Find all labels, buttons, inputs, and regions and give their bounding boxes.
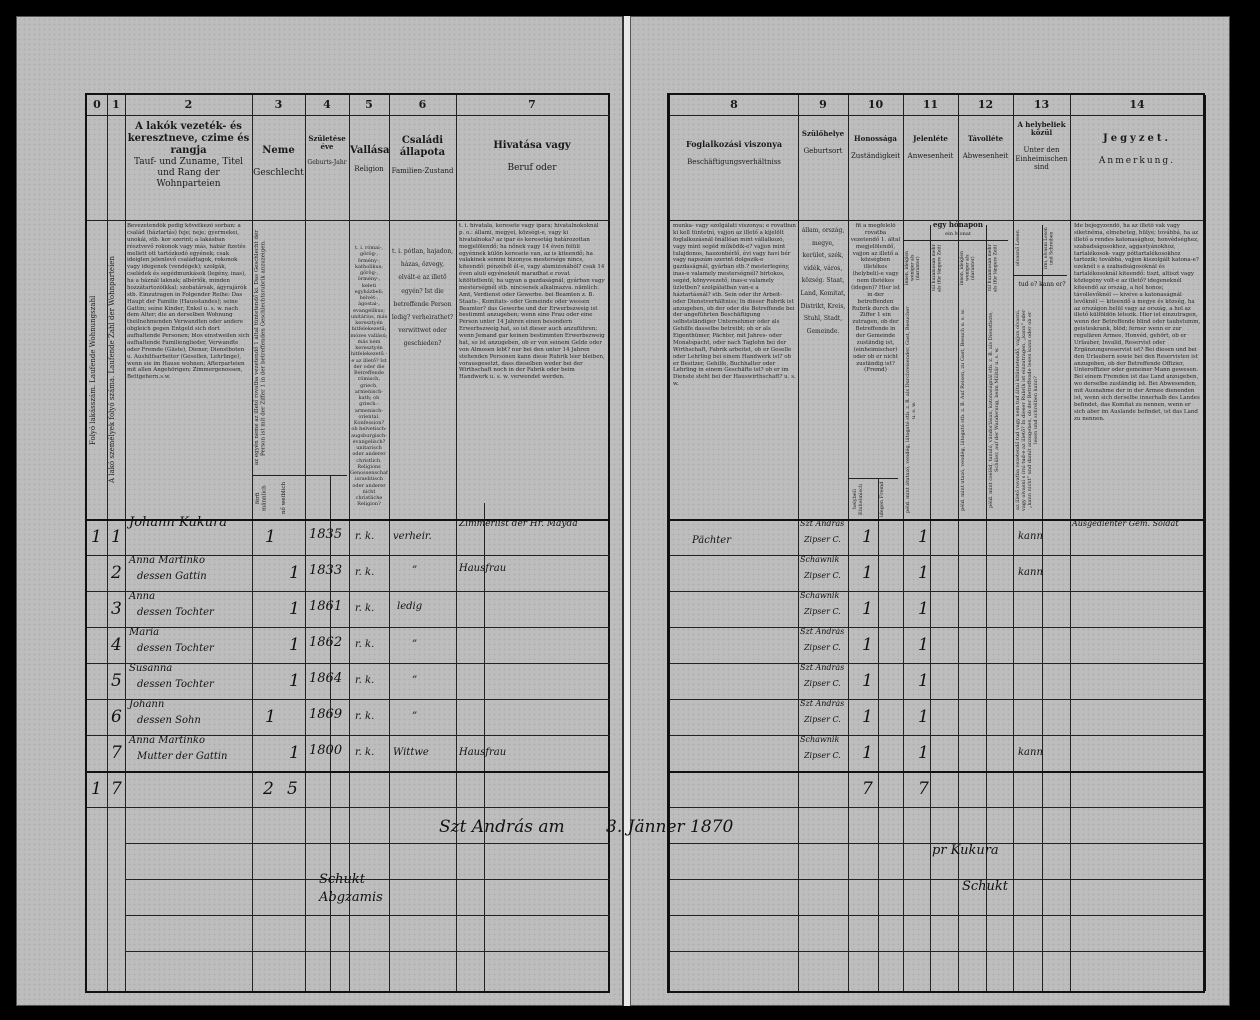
col-number: 12 bbox=[958, 98, 1013, 111]
signature-line2: Schukt bbox=[962, 879, 1008, 894]
header-col4: Születése éve Geburts-Jahr bbox=[306, 135, 348, 166]
resident-name: Johann bbox=[129, 699, 164, 710]
col-number: 11 bbox=[903, 98, 958, 111]
col-number: 5 bbox=[349, 98, 389, 111]
header-col14: Jegyzet. Anmerkung. bbox=[1071, 133, 1203, 167]
birthplace: Szt András bbox=[800, 663, 844, 672]
census-form-left: 0 1 2 3 4 5 6 7 Folyó lakásszám. Laufend… bbox=[85, 93, 610, 993]
header-col12: Távolléte Abwesenheit bbox=[959, 135, 1012, 160]
col10-local-label: helybeli Einheimisch bbox=[852, 481, 876, 517]
instructions-col5: t. i. római-, görög-, örmény-, katholiku… bbox=[350, 245, 388, 515]
col-number: 2 bbox=[125, 98, 252, 111]
header-col10: Honossága Zuständigkeit bbox=[849, 135, 902, 160]
col-number: 3 bbox=[252, 98, 305, 111]
resident-name: Anna Martinko bbox=[129, 735, 205, 746]
col-number: 1 bbox=[107, 98, 125, 111]
col-number: 14 bbox=[1070, 98, 1204, 111]
birthplace: Schawnik bbox=[800, 591, 839, 600]
header-col11: Jelenléte Anwesenheit bbox=[904, 135, 957, 160]
instructions-col6: t. i. pótlan, hajadon, házas, özvegy, el… bbox=[391, 245, 454, 515]
resident-name: Susanna bbox=[129, 663, 172, 674]
instructions-col8: munka- vagy szolgálati viszonya; e rovat… bbox=[673, 223, 796, 517]
header-col6: Családi állapota Familien-Zustand bbox=[390, 135, 455, 176]
book-gutter bbox=[622, 16, 630, 1006]
col-number: 10 bbox=[848, 98, 903, 111]
header-col2: A lakók vezeték- és keresztneve, czime é… bbox=[127, 121, 250, 189]
employment: Pächter bbox=[692, 535, 731, 546]
col-number: 9 bbox=[798, 98, 848, 111]
left-page: 0 1 2 3 4 5 6 7 Folyó lakásszám. Laufend… bbox=[16, 16, 623, 1006]
instructions-col7: t. i. hivatala, keresete vagy ipara; hiv… bbox=[459, 223, 605, 517]
instructions-col10: fit a megfelelő rovatba vezetendő 1. ált… bbox=[850, 223, 901, 475]
signature-line1: pr Kukura bbox=[932, 843, 999, 858]
birthplace: Schawnik bbox=[800, 555, 839, 564]
col3-male-label: férfi männlich bbox=[255, 479, 277, 517]
instructions-col2: Bevezetendők pedig következő sorban: a c… bbox=[127, 223, 250, 517]
col-number: 4 bbox=[305, 98, 349, 111]
resident-name: Maria bbox=[129, 627, 159, 638]
col-number: 7 bbox=[456, 98, 608, 111]
instructions-col11: péld. mint átutazó, vendég, látogató stb… bbox=[905, 305, 929, 515]
resident-name: Anna bbox=[129, 591, 155, 602]
instructions-col14: Ide bejegyzendő, ha az illető vak vagy s… bbox=[1074, 223, 1202, 517]
header-col8: Foglalkozási viszonya Beschäftigungsverh… bbox=[672, 140, 796, 166]
census-form-right: 8 9 10 11 12 13 14 Foglalkozási viszonya… bbox=[667, 93, 1205, 993]
header-col7: Hivatása vagy Beruf oder bbox=[457, 140, 607, 174]
col3-female-label: nő weiblich bbox=[281, 479, 303, 517]
place-signature: Szt András am bbox=[439, 817, 565, 837]
col-number: 13 bbox=[1013, 98, 1070, 111]
signature: Schukt Abgzamis bbox=[319, 871, 409, 907]
birthplace: Szt András bbox=[800, 699, 844, 708]
resident-name: Johann Kukura bbox=[129, 515, 227, 530]
instructions-col9: állam, ország, megye, kerület, szék, vid… bbox=[800, 225, 846, 515]
birthplace: Szt András bbox=[800, 627, 844, 636]
header-col1: A lakó személyek folyó száma. Laufende Z… bbox=[108, 225, 124, 515]
col-number: 8 bbox=[670, 98, 798, 111]
header-col3: Neme Geschlecht bbox=[253, 145, 304, 179]
month-header: egy hónapon ein Monat bbox=[904, 221, 1012, 238]
col-number: 0 bbox=[87, 98, 107, 111]
instructions-col12b: péld. mint cseléd, tanuló, vándorlásan, … bbox=[988, 305, 1012, 515]
instructions-col13: az illető rovatba vezetendő tud vagy nem… bbox=[1015, 305, 1069, 515]
header-col0: Folyó lakásszám. Laufende Wohnungszahl bbox=[89, 225, 105, 515]
header-col9: Szülőhelye Geburtsort bbox=[799, 130, 847, 155]
col10-foreign-label: idegen Fremd bbox=[879, 481, 903, 517]
header-col13: A helybeliek közül Unter den Einheimisch… bbox=[1014, 121, 1069, 171]
right-page: 8 9 10 11 12 13 14 Foglalkozási viszonya… bbox=[630, 16, 1230, 1006]
birthplace: Szt András bbox=[800, 519, 844, 528]
col-number: 6 bbox=[389, 98, 456, 111]
resident-name: Anna Martinko bbox=[129, 555, 205, 566]
date-signature: 3. Jänner 1870 bbox=[606, 817, 733, 837]
birthplace: Schawnik bbox=[800, 735, 839, 744]
instructions-col3: az egyén neme az illető rovatba vezetend… bbox=[254, 223, 304, 473]
header-col5: Vallása Religion bbox=[350, 145, 388, 174]
instructions-col12a: péld. mint utazó, vendég, látogató stb. … bbox=[960, 305, 984, 515]
